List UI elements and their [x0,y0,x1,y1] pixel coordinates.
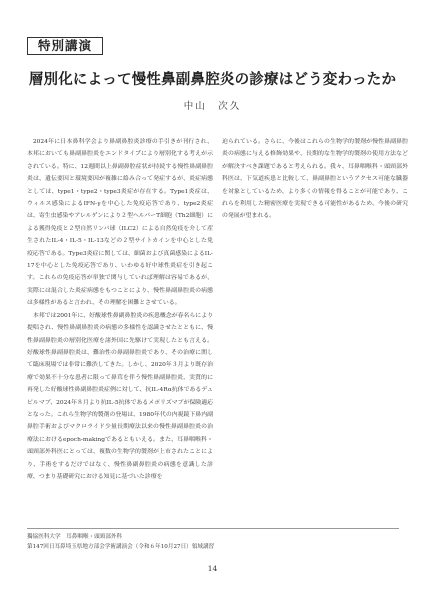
event-info: 第147回日耳鼻埼玉県地方部会学術講演会（令和６年10月27日）領域講習 [27,542,214,552]
body-left-column: 2024年に日本鼻科学会より鼻副鼻腔炎診療の手引きが刊行され、本邦においても鼻副… [27,136,213,483]
footnote-divider [27,528,399,529]
paragraph: 迫られている。さらに、今後はこれらの生物学的製剤が慢性鼻副鼻腔炎の病態に与える修… [222,136,408,223]
affiliation: 獨協医科大学 耳鼻咽喉・頭頸部外科 [27,532,214,542]
body-right-column: 迫られている。さらに、今後はこれらの生物学的製剤が慢性鼻副鼻腔炎の病態に与える修… [222,136,408,223]
paragraph: 2024年に日本鼻科学会より鼻副鼻腔炎診療の手引きが刊行され、本邦においても鼻副… [27,136,213,310]
paragraph: 本邦では2001年に、好酸球性鼻副鼻腔炎の疾患概念が春名らにより提唱され、慢性鼻… [27,310,213,484]
page-number: 14 [0,564,425,573]
category-badge: 特別講演 [27,37,103,55]
author-name: 中山 次久 [0,98,425,112]
footnote: 獨協医科大学 耳鼻咽喉・頭頸部外科 第147回日耳鼻埼玉県地方部会学術講演会（令… [27,532,214,552]
article-title: 層別化によって慢性鼻副鼻腔炎の診療はどう変わったか [0,68,425,89]
